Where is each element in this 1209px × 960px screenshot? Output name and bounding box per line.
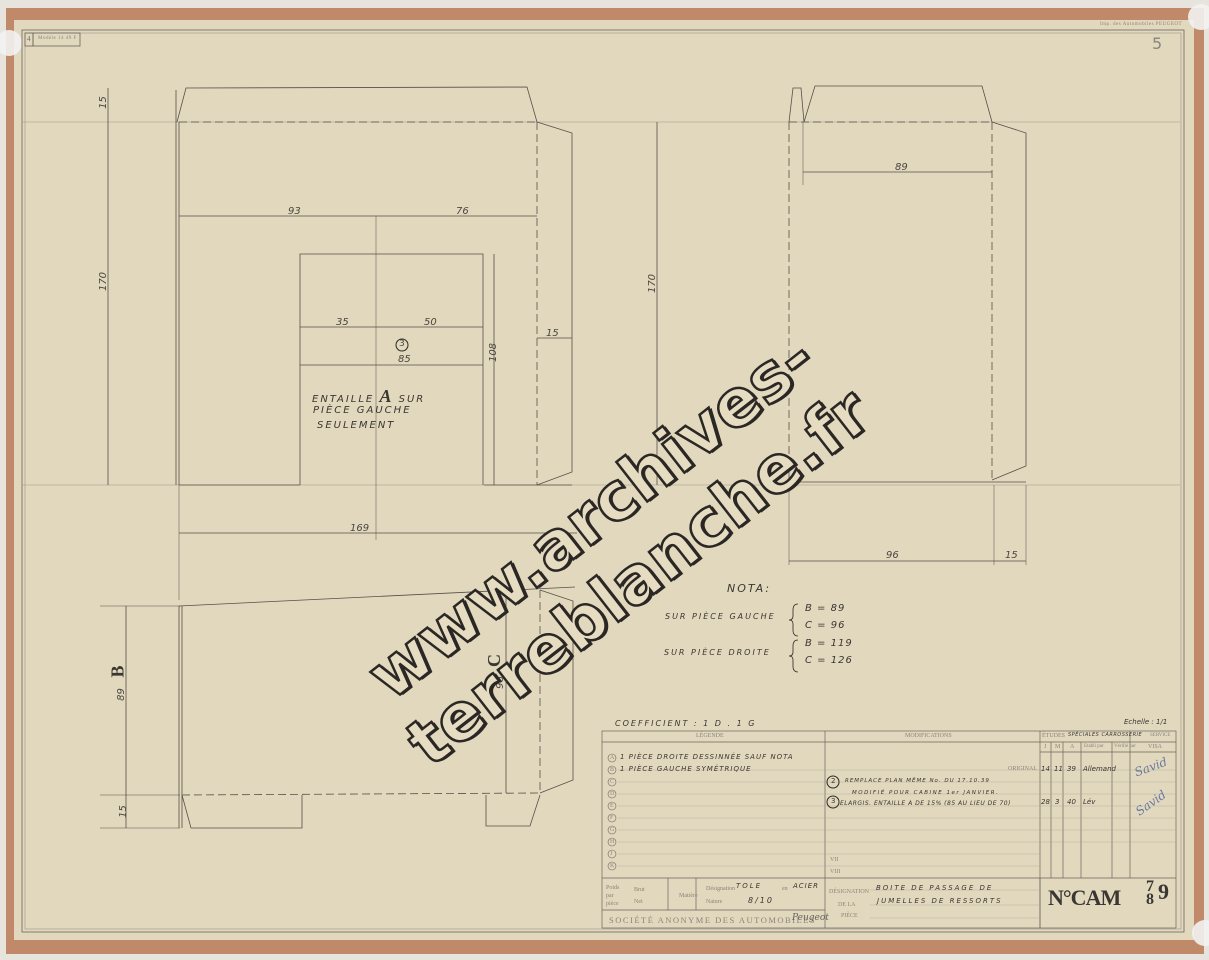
dim-inner-width: 89 — [895, 162, 908, 173]
mod-row-2b: MODIFIÉ POUR CABINE 1er JANVIER. — [852, 790, 999, 796]
nota-c-left: C = 96 — [805, 620, 845, 631]
legend-row-a: 1 PIÈCE DROITE DESSINNÉE SAUF NOTA — [620, 753, 794, 761]
mod-row-3: ELARGIS. ENTAILLE A DE 15% (85 AU LIEU D… — [840, 800, 1011, 807]
dim-right-flap: 15 — [1005, 550, 1018, 561]
nota-b-left: B = 89 — [805, 603, 845, 614]
weight-net: Net — [634, 899, 643, 905]
nota-b-right: B = 119 — [805, 638, 853, 649]
etudes-header: ÉTUDES — [1042, 733, 1065, 739]
dim-cutout-height: 108 — [488, 343, 499, 362]
row-label-viii: VIII — [830, 869, 840, 875]
part-designation-label-1: DÉSIGNATION — [829, 889, 869, 895]
legend-header: LÉGENDE — [696, 733, 724, 739]
col-a: A — [1070, 744, 1074, 750]
service-header: SERVICE — [1150, 733, 1170, 738]
material-designation: TOLE — [736, 882, 762, 890]
mod-marker-3: 3 — [831, 797, 837, 805]
legend-key-d: D — [610, 791, 614, 797]
etudes-header-hand: SPÉCIALES CARROSSERIE — [1068, 732, 1142, 738]
part-designation-label-2: DE LA — [838, 902, 856, 908]
legend-key-k: K — [610, 863, 614, 869]
dim-right-width: 76 — [456, 206, 469, 217]
sheet-index: 4 — [27, 35, 31, 43]
material-nature: 8/10 — [748, 896, 774, 905]
part-name-line1: BOITE DE PASSAGE DE — [876, 884, 993, 892]
legend-key-f: F — [610, 815, 613, 821]
original-label: ORIGINAL — [1008, 766, 1037, 772]
dim-bottom-width: 96 — [886, 550, 899, 561]
row-label-vii: VII — [830, 857, 838, 863]
part-name-line2: JUMELLES DE RESSORTS — [877, 897, 1003, 905]
note-marker-a: A — [379, 386, 393, 406]
nota-piece-left: SUR PIÈCE GAUCHE — [665, 612, 776, 621]
designation-label: Désignation — [706, 886, 735, 892]
material-label: Matière — [679, 893, 698, 899]
legend-key-g: G — [610, 827, 614, 833]
etudes-row1-by: Allemand — [1083, 765, 1116, 773]
printer-credit: Imp. des Automobiles PEUGEOT — [1100, 22, 1182, 27]
etudes-row2-m: 3 — [1055, 798, 1059, 806]
dim-height-left: 170 — [98, 272, 109, 291]
dim-cutout-left: 35 — [336, 317, 349, 328]
coefficient: COEFFICIENT : 1 D . 1 G — [615, 719, 756, 728]
quality-label: en — [782, 886, 788, 892]
dim-left-width: 93 — [288, 206, 301, 217]
legend-key-b: B — [610, 767, 614, 773]
etudes-row1-m: 11 — [1054, 765, 1063, 773]
drawing-number-digit-3: 9 — [1158, 885, 1169, 899]
etudes-row1-j: 14 — [1041, 765, 1050, 773]
legend-key-e: E — [610, 803, 614, 809]
col-visa: VISA — [1148, 744, 1162, 750]
etudes-row1-a: 39 — [1067, 765, 1076, 773]
note-word-sur: SUR — [399, 394, 426, 405]
etudes-row2-by: Lév — [1083, 798, 1095, 806]
material-quality: ACIER — [793, 882, 819, 890]
col-etabli: Etabli par — [1084, 744, 1104, 749]
model-code: Modèle 14 49 F — [38, 36, 77, 41]
peugeot-logo: Peugeot — [792, 913, 829, 923]
modifications-header: MODIFICATIONS — [905, 733, 952, 739]
col-verifie: Vérifié par — [1114, 744, 1136, 749]
dim-total-width: 169 — [350, 523, 369, 534]
legend-key-j: J — [610, 851, 612, 857]
note-word-entaille: ENTAILLE — [312, 394, 374, 405]
nota-piece-right: SUR PIÈCE DROITE — [664, 648, 771, 657]
scale: Echelle : 1/1 — [1124, 718, 1167, 726]
dim-cutout-right: 50 — [424, 317, 437, 328]
weight-brut: Brut — [634, 887, 645, 893]
part-designation-label-3: PIÈCE — [841, 913, 858, 919]
page-mark: 5 — [1152, 34, 1162, 53]
dim-bottom-flap: 15 — [118, 805, 129, 818]
mod-row-2: REMPLACE PLAN MÊME No. DU 17.10.39 — [845, 778, 990, 784]
nota-title: NOTA: — [727, 582, 771, 595]
etudes-row2-a: 40 — [1067, 798, 1076, 806]
nota-c-right: C = 126 — [805, 655, 853, 666]
cutout-note-line2: PIÈCE GAUCHE — [313, 405, 412, 416]
mod-marker-2: 2 — [831, 777, 837, 785]
legend-row-b: 1 PIÈCE GAUCHE SYMÉTRIQUE — [620, 765, 752, 773]
drawing-number-digit-2: 8 — [1146, 893, 1154, 907]
drawing-number-prefix: N°CAM — [1048, 885, 1120, 911]
legend-key-a: A — [610, 755, 614, 761]
nature-label: Nature — [706, 899, 722, 905]
etudes-row2-j: 28 — [1041, 798, 1050, 806]
weight-label: Poids par pièce — [606, 884, 624, 908]
revision-marker-3: 3 — [399, 339, 405, 349]
label-b: B — [108, 665, 129, 677]
dim-height-center: 170 — [647, 274, 658, 293]
col-j: J — [1044, 744, 1046, 750]
legend-key-h: H — [610, 839, 614, 845]
legend-key-c: C — [610, 779, 614, 785]
cutout-note-line1: ENTAILLE A SUR — [312, 386, 425, 407]
col-m: M — [1055, 744, 1060, 750]
dim-b-value: 89 — [116, 688, 127, 701]
dim-cutout-width: 85 — [398, 354, 411, 365]
dim-side-flap: 15 — [546, 328, 559, 339]
company-name: SOCIÉTÉ ANONYME DES AUTOMOBILES — [609, 915, 816, 925]
cutout-note-line3: SEULEMENT — [317, 420, 395, 431]
dim-flap-top: 15 — [98, 96, 109, 109]
